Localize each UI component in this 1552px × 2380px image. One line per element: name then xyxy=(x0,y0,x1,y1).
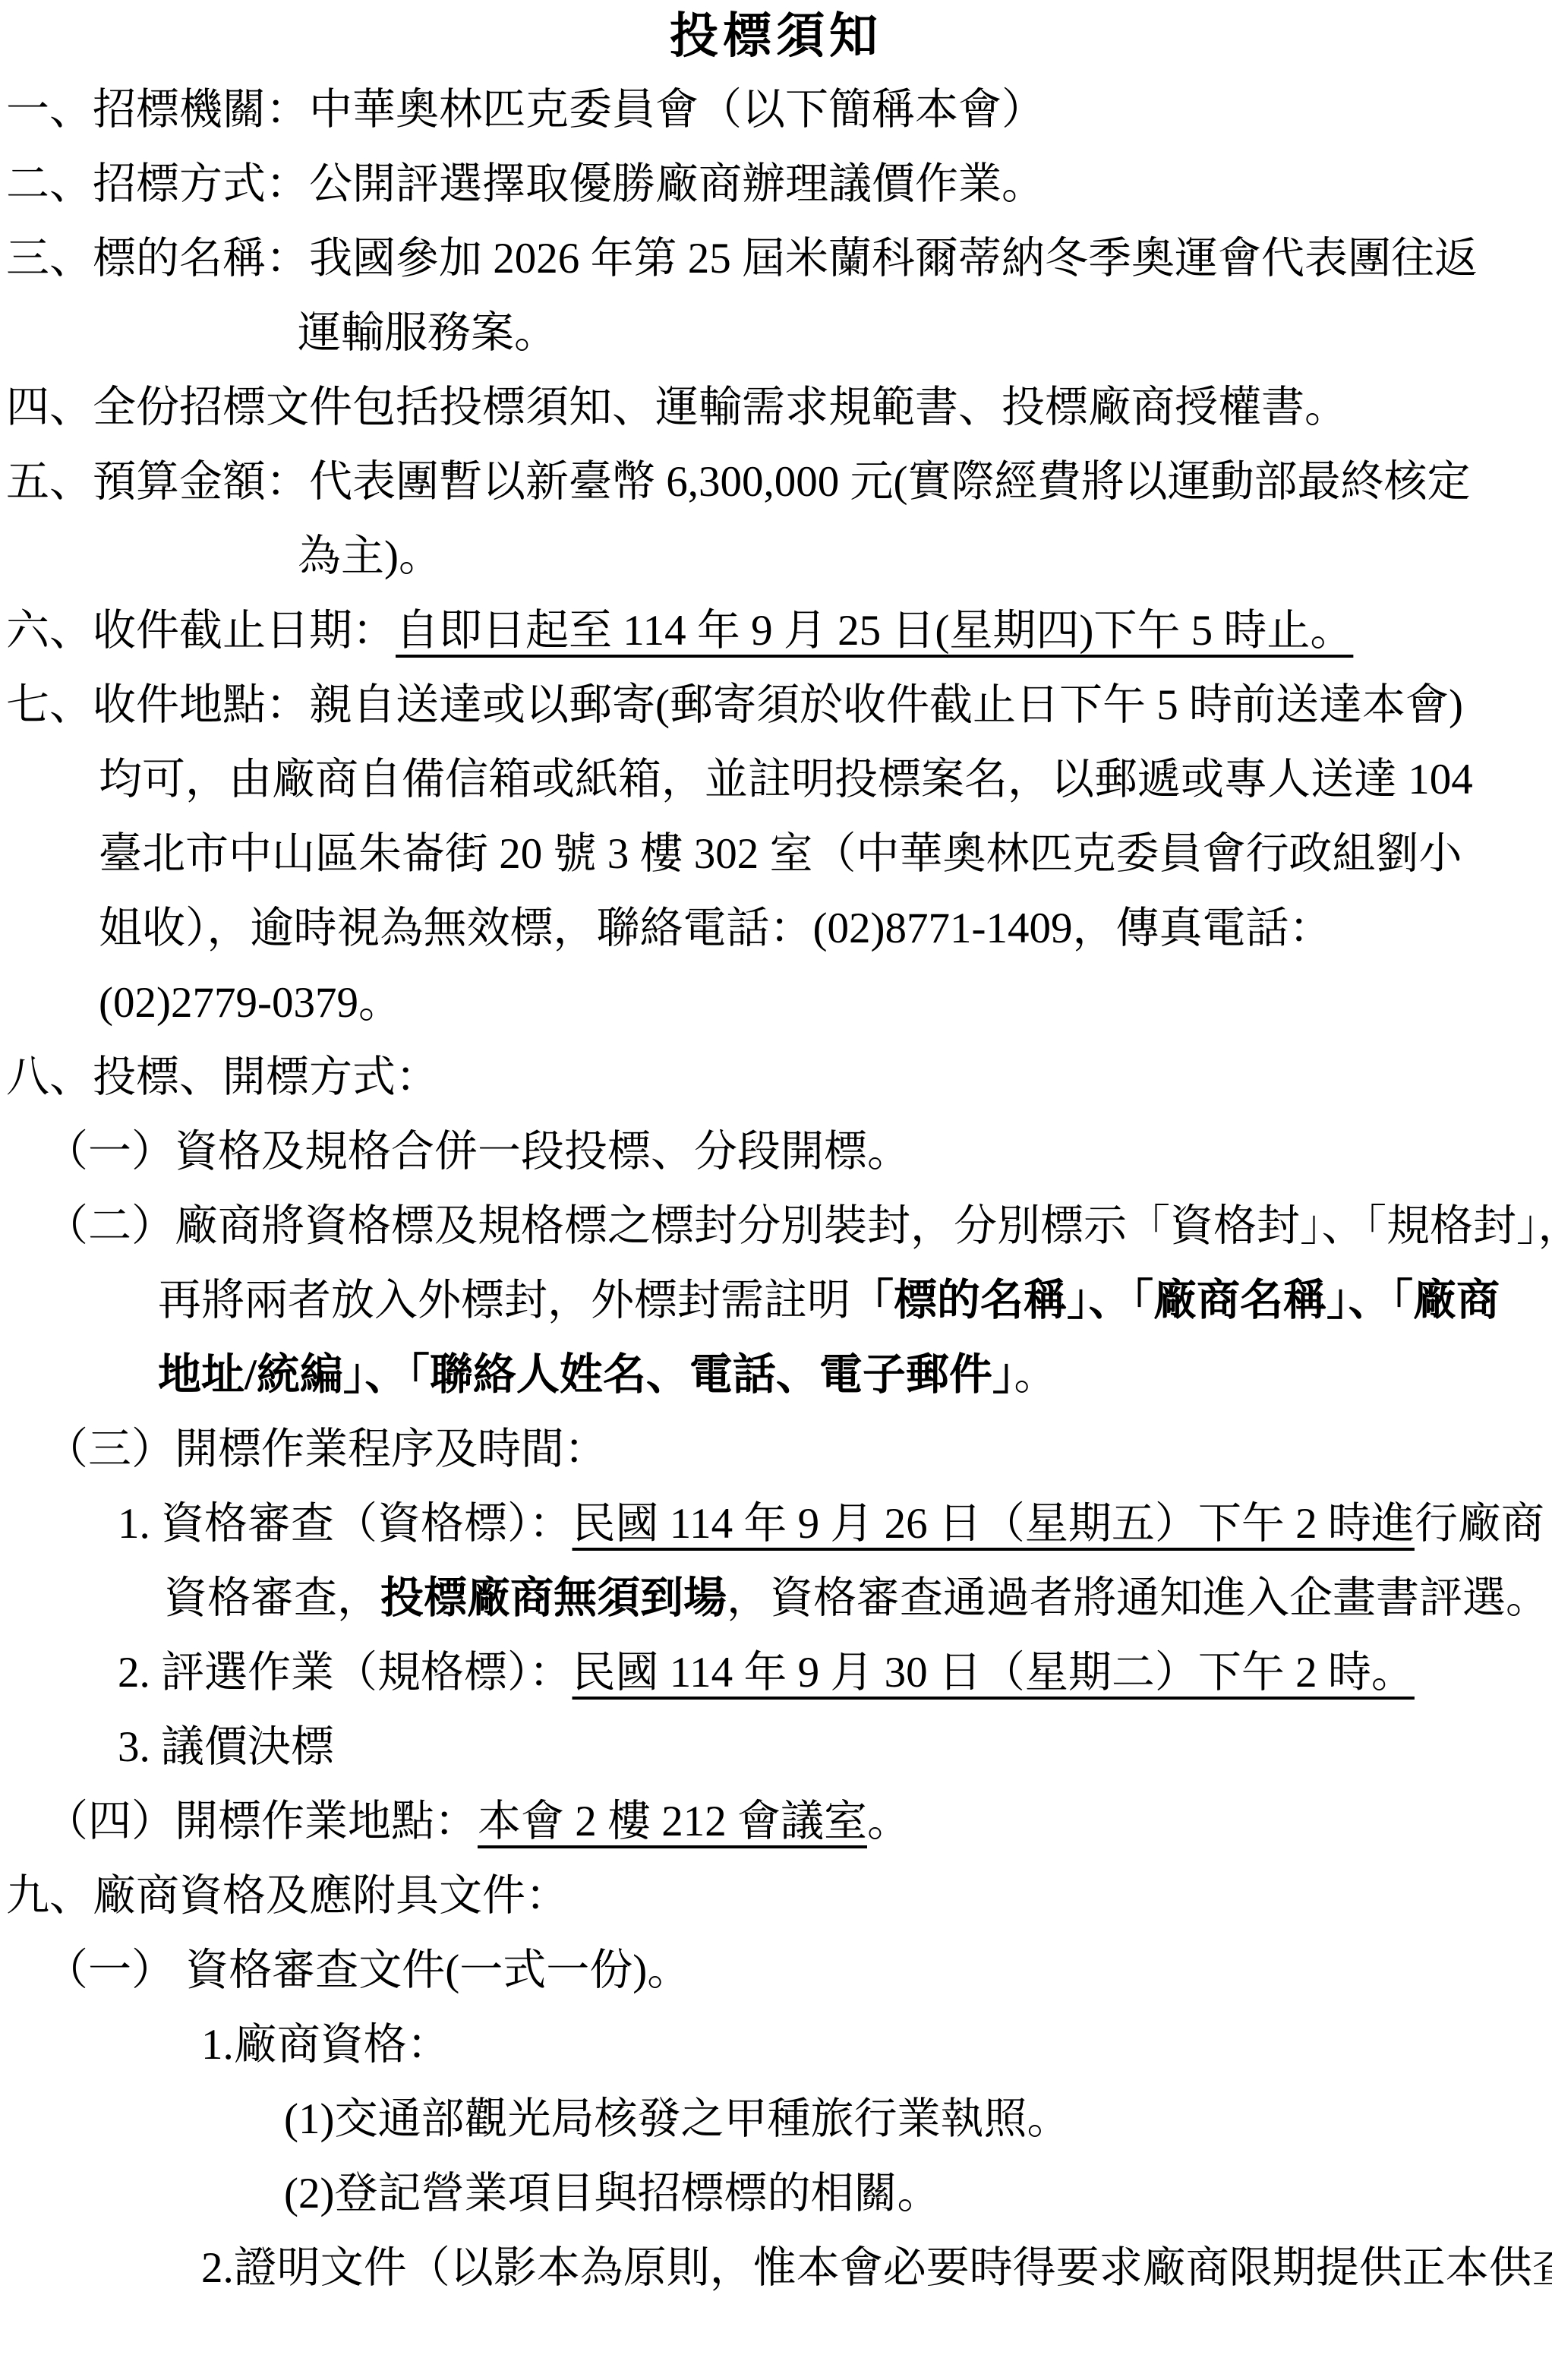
envelope-label-bold-text: 「標的名稱」、「廠商名稱」、「廠商 xyxy=(850,1277,1500,1324)
text-segment: 2. 評選作業（規格標）： xyxy=(118,1649,573,1697)
deadline-underlined-text: 自即日起至 114 年 9 月 25 日(星期四)下午 5 時止。 xyxy=(396,607,1353,655)
text-segment: ，資格審查通過者將通知進入企畫書評選。 xyxy=(727,1574,1549,1622)
item-8-sub-3: （三）開標作業程序及時間： xyxy=(0,1413,1552,1487)
qualification-review-schedule: 1. 資格審查（資格標）：民國 114 年 9 月 26 日（星期五）下午 2 … xyxy=(0,1487,1552,1561)
item-3-subject-name: 三、標的名稱：我國參加 2026 年第 25 屆米蘭科爾蒂納冬季奧運會代表團往返 xyxy=(0,222,1552,296)
evaluation-schedule: 2. 評選作業（規格標）：民國 114 年 9 月 30 日（星期二）下午 2 … xyxy=(0,1636,1552,1710)
item-4-tender-documents: 四、全份招標文件包括投標須知、運輸需求規範書、投標廠商授權書。 xyxy=(0,371,1552,445)
evaluation-date-underlined-text: 民國 114 年 9 月 30 日（星期二）下午 2 時。 xyxy=(573,1649,1415,1697)
qualification-review-continuation: 資格審查，投標廠商無須到場，資格審查通過者將通知進入企畫書評選。 xyxy=(0,1561,1552,1636)
item-3-continuation: 運輸服務案。 xyxy=(0,296,1552,371)
price-negotiation-award: 3. 議價決標 xyxy=(0,1710,1552,1785)
item-2-tendering-method: 二、招標方式：公開評選擇取優勝廠商辦理議價作業。 xyxy=(0,147,1552,222)
item-8-sub-4-location: （四）開標作業地點：本會 2 樓 212 會議室。 xyxy=(0,1785,1552,1859)
text-segment: 。 xyxy=(1014,1351,1057,1399)
item-7-continuation-2: 臺北市中山區朱崙街 20 號 3 樓 302 室（中華奧林匹克委員會行政組劉小 xyxy=(0,817,1552,892)
vendor-qualification-heading: 1.廠商資格： xyxy=(0,2008,1552,2082)
item-7-continuation-3: 姐收），逾時視為無效標，聯絡電話：(02)8771-1409，傳真電話： xyxy=(0,892,1552,966)
item-9-sub-1: （一） 資格審查文件(一式一份)。 xyxy=(0,1933,1552,2008)
item-7-continuation-1: 均可，由廠商自備信箱或紙箱，並註明投標案名，以郵遞或專人送達 104 xyxy=(0,743,1552,817)
item-8-sub-2-continuation-1: 再將兩者放入外標封，外標封需註明「標的名稱」、「廠商名稱」、「廠商 xyxy=(0,1264,1552,1338)
item-6-deadline: 六、收件截止日期：自即日起至 114 年 9 月 25 日(星期四)下午 5 時… xyxy=(0,594,1552,668)
certificate-documents: 2.證明文件（以影本為原則，惟本會必要時得要求廠商限期提供正本供查 xyxy=(0,2231,1552,2306)
qualification-business-registration: (2)登記營業項目與招標標的相關。 xyxy=(0,2157,1552,2231)
envelope-label-bold-text: 地址/統編」、「聯絡人姓名、電話、電子郵件」 xyxy=(158,1351,1014,1399)
text-segment: （四）開標作業地點： xyxy=(45,1798,478,1845)
item-7-continuation-4: (02)2779-0379。 xyxy=(0,966,1552,1040)
item-5-budget-amount: 五、預算金額：代表團暫以新臺幣 6,300,000 元(實際經費將以運動部最終核… xyxy=(0,445,1552,519)
no-attendance-bold-text: 投標廠商無須到場 xyxy=(380,1574,727,1622)
item-8-sub-2: （二）廠商將資格標及規格標之標封分別裝封，分別標示「資格封」、「規格封」， xyxy=(0,1189,1552,1264)
item-8-sub-1: （一）資格及規格合併一段投標、分段開標。 xyxy=(0,1115,1552,1189)
text-segment: 資格審查， xyxy=(164,1574,380,1622)
qualification-license: (1)交通部觀光局核發之甲種旅行業執照。 xyxy=(0,2082,1552,2157)
text-segment: 1. 資格審查（資格標）： xyxy=(118,1500,573,1548)
document-title: 投標須知 xyxy=(0,0,1552,73)
item-1-tendering-agency: 一、招標機關：中華奧林匹克委員會（以下簡稱本會） xyxy=(0,73,1552,147)
item-6-label: 六、收件截止日期： xyxy=(6,607,396,655)
item-7-delivery-location: 七、收件地點：親自送達或以郵寄(郵寄須於收件截止日下午 5 時前送達本會) xyxy=(0,668,1552,743)
text-segment: 再將兩者放入外標封，外標封需註明 xyxy=(158,1277,850,1324)
item-9-vendor-qualifications: 九、廠商資格及應附具文件： xyxy=(0,1859,1552,1933)
item-8-sub-2-continuation-2: 地址/統編」、「聯絡人姓名、電話、電子郵件」。 xyxy=(0,1338,1552,1413)
text-segment: 行廠商 xyxy=(1415,1500,1544,1548)
item-8-bid-opening-method: 八、投標、開標方式： xyxy=(0,1040,1552,1115)
item-5-continuation: 為主)。 xyxy=(0,519,1552,594)
document-page: 投標須知 一、招標機關：中華奧林匹克委員會（以下簡稱本會） 二、招標方式：公開評… xyxy=(0,0,1552,2380)
text-segment: 。 xyxy=(867,1798,910,1845)
location-underlined-text: 本會 2 樓 212 會議室 xyxy=(478,1798,867,1845)
review-date-underlined-text: 民國 114 年 9 月 26 日（星期五）下午 2 時進 xyxy=(573,1500,1415,1548)
